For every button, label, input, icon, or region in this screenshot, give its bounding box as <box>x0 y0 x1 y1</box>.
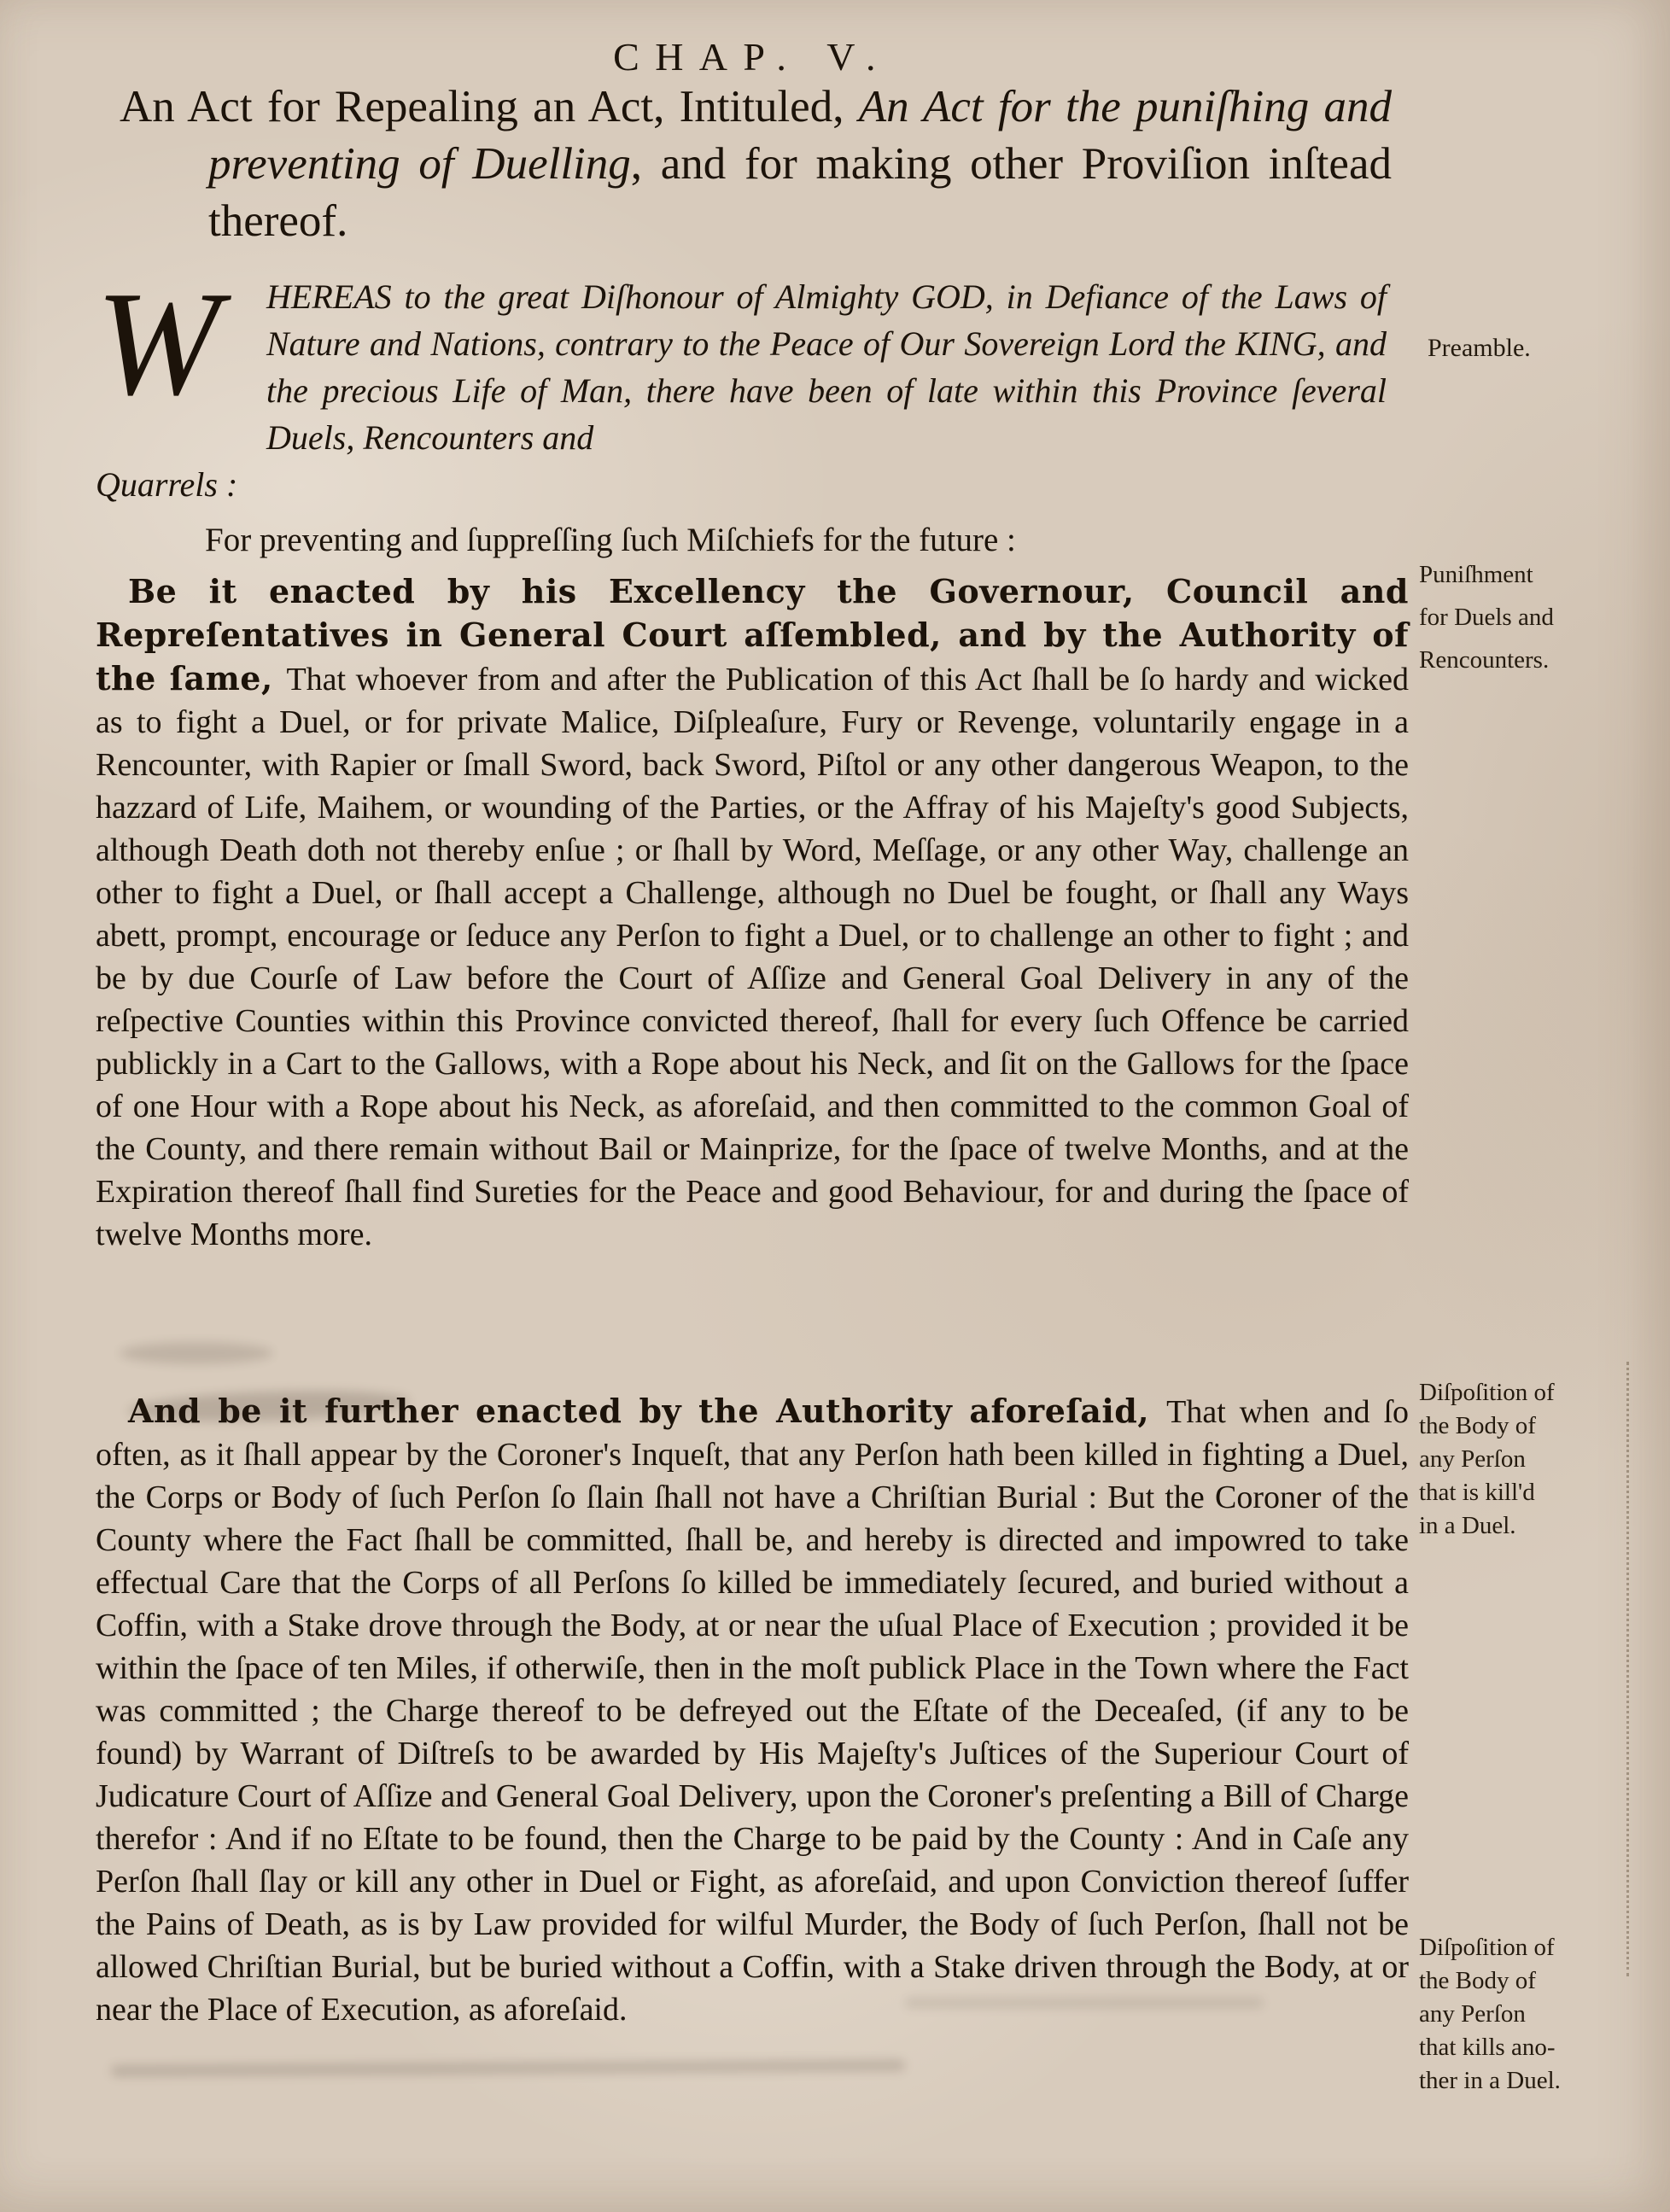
preamble-paragraph: WHEREAS to the great Diſhonour of Almigh… <box>96 273 1387 508</box>
note-line: the Body of <box>1419 1964 1643 1998</box>
act-title: An Act for Repealing an Act, Intituled, … <box>120 79 1392 250</box>
note-line: that kills ano- <box>1419 2031 1643 2064</box>
note-line: Rencounters. <box>1419 639 1643 681</box>
margin-note-disposition-killed: Diſpoſition of the Body of any Perſon th… <box>1419 1376 1643 1543</box>
main-text-column: CHAP. V. An Act for Repealing an Act, In… <box>96 0 1409 2212</box>
page-edge-marks <box>1626 1362 1629 1976</box>
act-title-roman-1: An Act for Repealing an Act, Intituled, <box>120 82 859 131</box>
enacting-body-1: That whoever from and after the Publicat… <box>96 662 1409 1252</box>
note-line: Preamble. <box>1428 331 1651 365</box>
enacting-paragraph-1: Be it enacted by his Excellency the Gove… <box>96 570 1409 1256</box>
note-line: the Body of <box>1419 1409 1643 1443</box>
preamble-text: HEREAS to the great Diſhonour of Almight… <box>266 277 1387 457</box>
preamble-quarrels-line: Quarrels : <box>96 461 1387 508</box>
note-line: Puniſhment <box>1419 553 1643 596</box>
enacting-body-2: That when and ſo often, as it ſhall appe… <box>96 1394 1409 2028</box>
document-page: CHAP. V. An Act for Repealing an Act, In… <box>0 0 1670 2212</box>
margin-note-disposition-killer: Diſpoſition of the Body of any Perſon th… <box>1419 1931 1643 2098</box>
enacting-clause-2: And be it further enacted by the Authori… <box>128 1392 1166 1430</box>
margin-note-preamble: Preamble. <box>1428 331 1651 365</box>
note-line: for Duels and <box>1419 596 1643 639</box>
note-line: Diſpoſition of <box>1419 1931 1643 1964</box>
note-line: that is kill'd <box>1419 1476 1643 1509</box>
note-line: any Perſon <box>1419 1443 1643 1476</box>
note-line: Diſpoſition of <box>1419 1376 1643 1409</box>
enacting-paragraph-2: And be it further enacted by the Authori… <box>96 1390 1409 2031</box>
margin-note-punishment: Puniſhment for Duels and Rencounters. <box>1419 553 1643 681</box>
transition-line: For preventing and ſuppreſſing ſuch Miſc… <box>205 521 1016 559</box>
note-line: any Perſon <box>1419 1998 1643 2031</box>
note-line: in a Duel. <box>1419 1509 1643 1543</box>
dropcap-initial: W <box>96 273 266 459</box>
note-line: ther in a Duel. <box>1419 2064 1643 2098</box>
chapter-heading: CHAP. V. <box>96 34 1409 79</box>
